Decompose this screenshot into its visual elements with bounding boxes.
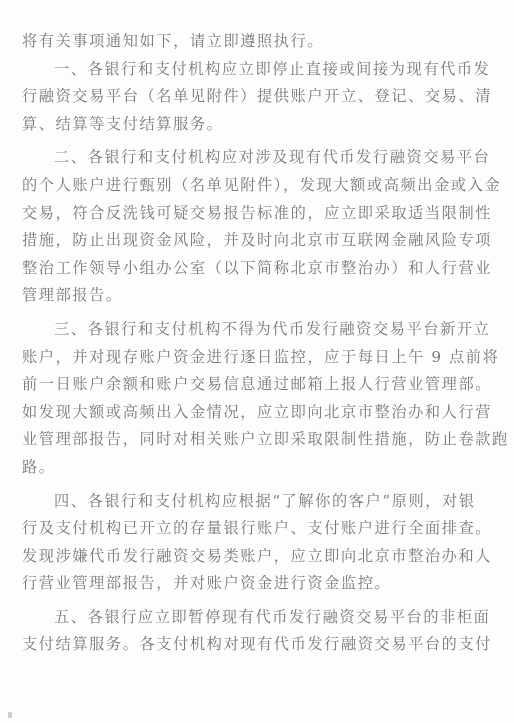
text-line: 支付结算服务。各支付机构对现有代币发行融资交易平台的支付 xyxy=(22,631,462,659)
scan-artifact-mark xyxy=(8,712,12,718)
text-line: 措施，防止出现资金风险，并及时向北京市互联网金融风险专项 xyxy=(22,227,462,255)
text-line: 管理部报告。 xyxy=(22,282,462,310)
paragraph-1-start: 一、各银行和支付机构应立即停止直接或间接为现有代币发 xyxy=(22,56,462,84)
text-line: 路。 xyxy=(22,454,462,482)
text-line: 行营业管理部报告，并对账户资金进行资金监控。 xyxy=(22,570,462,598)
paragraph-2-start: 二、各银行和支付机构应对涉及现有代币发行融资交易平台 xyxy=(22,144,462,172)
document-body: 将有关事项通知如下，请立即遵照执行。 一、各银行和支付机构应立即停止直接或间接为… xyxy=(22,28,462,659)
text-line: 的个人账户进行甄别（名单见附件），发现大额或高频出金或入金 xyxy=(22,172,462,200)
text-line: 账户，并对现存账户资金进行逐日监控，应于每日上午 9 点前将 xyxy=(22,344,462,372)
text-line: 将有关事项通知如下，请立即遵照执行。 xyxy=(22,28,462,56)
document-page: 将有关事项通知如下，请立即遵照执行。 一、各银行和支付机构应立即停止直接或间接为… xyxy=(0,0,514,723)
paragraph-4-start: 四、各银行和支付机构应根据“了解你的客户”原则，对银 xyxy=(22,488,462,516)
text-line: 行融资交易平台（名单见附件）提供账户开立、登记、交易、清 xyxy=(22,83,462,111)
text-line: 算、结算等支付结算服务。 xyxy=(22,111,462,139)
text-line: 行及支付机构已开立的存量银行账户、支付账户进行全面排查。 xyxy=(22,515,462,543)
paragraph-3-start: 三、各银行和支付机构不得为代币发行融资交易平台新开立 xyxy=(22,316,462,344)
text-line: 交易，符合反洗钱可疑交易报告标准的，应立即采取适当限制性 xyxy=(22,200,462,228)
text-line: 业管理部报告，同时对相关账户立即采取限制性措施，防止卷款跑 xyxy=(22,426,462,454)
paragraph-5-start: 五、各银行应立即暂停现有代币发行融资交易平台的非柜面 xyxy=(22,604,462,632)
text-line: 如发现大额或高频出入金情况，应立即向北京市整治办和人行营 xyxy=(22,399,462,427)
text-line: 前一日账户余额和账户交易信息通过邮箱上报人行营业管理部。 xyxy=(22,371,462,399)
text-line: 整治工作领导小组办公室（以下简称北京市整治办）和人行营业 xyxy=(22,255,462,283)
text-line: 发现涉嫌代币发行融资交易类账户，应立即向北京市整治办和人 xyxy=(22,543,462,571)
